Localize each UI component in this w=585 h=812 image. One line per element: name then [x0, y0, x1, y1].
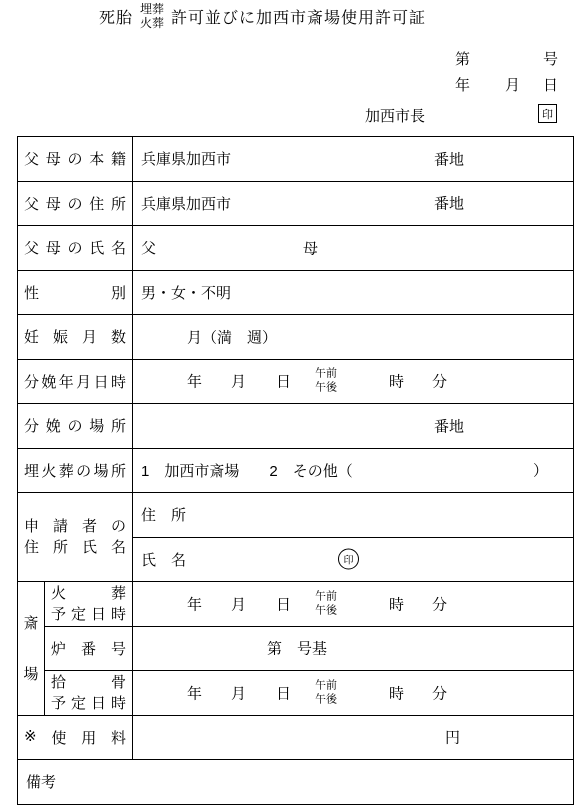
- delivery-month-label: 月: [231, 371, 246, 392]
- bone-month-label: 月: [231, 682, 246, 703]
- applicant-label-line2: 住所氏名: [24, 537, 126, 558]
- doc-number-suffix: 号: [543, 48, 558, 69]
- delivery-pm-label: 午後: [315, 381, 337, 395]
- cremation-hour-label: 時: [389, 593, 404, 614]
- bone-am-label: 午前: [315, 679, 337, 693]
- row-bone-collection: 拾骨 予定日時 年 月 日 午前 午後 時 分: [18, 671, 574, 716]
- saijo-vertical-label: 斎 場: [18, 582, 44, 715]
- cremation-label-line1: 火葬: [51, 583, 126, 604]
- row-delivery-place: 分娩の場所 番地: [18, 404, 574, 449]
- row-parents-name: 父母の氏名 父 母: [18, 226, 574, 271]
- row-remarks: 備考: [18, 760, 574, 805]
- title-suffix: 許可並びに加西市斎場使用許可証: [171, 5, 426, 28]
- parents-domicile-value: 兵庫県加西市: [141, 151, 231, 168]
- delivery-am-label: 午前: [315, 368, 337, 382]
- cremation-minute-label: 分: [432, 593, 447, 614]
- cremation-am-label: 午前: [315, 590, 337, 604]
- burial-place-options: 1 加西市斎場 2 その他（: [141, 463, 353, 480]
- delivery-datetime-label: 分娩年月日時: [24, 371, 126, 392]
- date-month-label: 月: [505, 74, 520, 95]
- mayor-title: 加西市長: [365, 105, 425, 126]
- burial-place-label: 埋火葬の場所: [24, 460, 126, 481]
- cremation-year-label: 年: [187, 593, 202, 614]
- document-title: 死胎 埋葬 火葬 許可並びに加西市斎場使用許可証: [0, 3, 555, 31]
- delivery-minute-label: 分: [432, 371, 447, 392]
- cremation-day-label: 日: [276, 593, 291, 614]
- parents-address-label: 父母の住所: [24, 193, 126, 214]
- applicant-seal-mark: 印: [338, 549, 359, 570]
- delivery-place-unit: 番地: [434, 415, 464, 436]
- parents-address-unit: 番地: [434, 193, 464, 214]
- parents-address-value: 兵庫県加西市: [141, 196, 231, 213]
- mayor-seal-mark: 印: [538, 104, 557, 123]
- date-year-label: 年: [455, 74, 470, 95]
- parents-domicile-label: 父母の本籍: [24, 148, 126, 169]
- title-prefix: 死胎: [99, 5, 133, 28]
- document-page: 死胎 埋葬 火葬 許可並びに加西市斎場使用許可証 第 号 年 月 日 加西市長 …: [0, 0, 585, 812]
- form-table: 父母の本籍 兵庫県加西市 番地 父母の住所 兵庫県加西市 番地 父母の氏名 父 …: [17, 136, 574, 805]
- cremation-pm-label: 午後: [315, 604, 337, 618]
- row-parents-domicile: 父母の本籍 兵庫県加西市 番地: [18, 137, 574, 182]
- bone-year-label: 年: [187, 682, 202, 703]
- row-parents-address: 父母の住所 兵庫県加西市 番地: [18, 181, 574, 226]
- fee-label: ※使用料: [24, 727, 126, 748]
- row-sex: 性別 男・女・不明: [18, 270, 574, 315]
- row-saijo-cremation: 斎 場 火葬 予定日時 年 月 日 午前 午後 時 分: [18, 582, 574, 627]
- row-fee: ※使用料 円: [18, 715, 574, 760]
- cremation-label-line2: 予定日時: [51, 604, 126, 625]
- applicant-name-label: 氏 名: [141, 552, 186, 569]
- bone-day-label: 日: [276, 682, 291, 703]
- cremation-month-label: 月: [231, 593, 246, 614]
- doc-number-prefix: 第: [455, 48, 470, 69]
- title-burial-cremation-stack: 埋葬 火葬: [140, 3, 164, 31]
- saijo-label-bottom: 場: [23, 663, 38, 684]
- furnace-label: 炉番号: [51, 638, 126, 659]
- gestation-value: 月（満 週）: [187, 326, 277, 347]
- title-stack-bottom: 火葬: [140, 17, 164, 31]
- parents-name-label: 父母の氏名: [24, 237, 126, 258]
- row-delivery-datetime: 分娩年月日時 年 月 日 午前 午後 時 分: [18, 359, 574, 404]
- delivery-day-label: 日: [276, 371, 291, 392]
- bone-pm-label: 午後: [315, 693, 337, 707]
- applicant-address-label: 住 所: [141, 507, 186, 524]
- title-stack-top: 埋葬: [140, 3, 164, 17]
- gestation-label: 妊娠月数: [24, 326, 126, 347]
- delivery-place-label: 分娩の場所: [24, 415, 126, 436]
- row-furnace-number: 炉番号 第 号基: [18, 626, 574, 671]
- furnace-value: 第 号基: [267, 638, 327, 659]
- parents-domicile-unit: 番地: [434, 148, 464, 169]
- father-label: 父: [141, 240, 156, 257]
- cremation-ampm-stack: 午前 午後: [315, 590, 337, 618]
- row-applicant-address: 申請者の 住所氏名 住 所: [18, 493, 574, 538]
- row-gestation: 妊娠月数 月（満 週）: [18, 315, 574, 360]
- delivery-hour-label: 時: [389, 371, 404, 392]
- row-burial-place: 埋火葬の場所 1 加西市斎場 2 その他（ ）: [18, 448, 574, 493]
- fee-unit: 円: [445, 727, 460, 748]
- bone-label-line1: 拾骨: [51, 672, 126, 693]
- mother-label: 母: [303, 237, 318, 258]
- delivery-year-label: 年: [187, 371, 202, 392]
- delivery-ampm-stack: 午前 午後: [315, 368, 337, 396]
- bone-hour-label: 時: [389, 682, 404, 703]
- bone-minute-label: 分: [432, 682, 447, 703]
- burial-place-close-paren: ）: [533, 460, 548, 481]
- applicant-label-line1: 申請者の: [24, 516, 126, 537]
- bone-label-line2: 予定日時: [51, 693, 126, 714]
- date-day-label: 日: [543, 74, 558, 95]
- sex-options: 男・女・不明: [141, 285, 231, 302]
- sex-label: 性別: [24, 282, 126, 303]
- remarks-label: 備考: [26, 774, 56, 791]
- saijo-label-top: 斎: [23, 612, 38, 633]
- bone-ampm-stack: 午前 午後: [315, 679, 337, 707]
